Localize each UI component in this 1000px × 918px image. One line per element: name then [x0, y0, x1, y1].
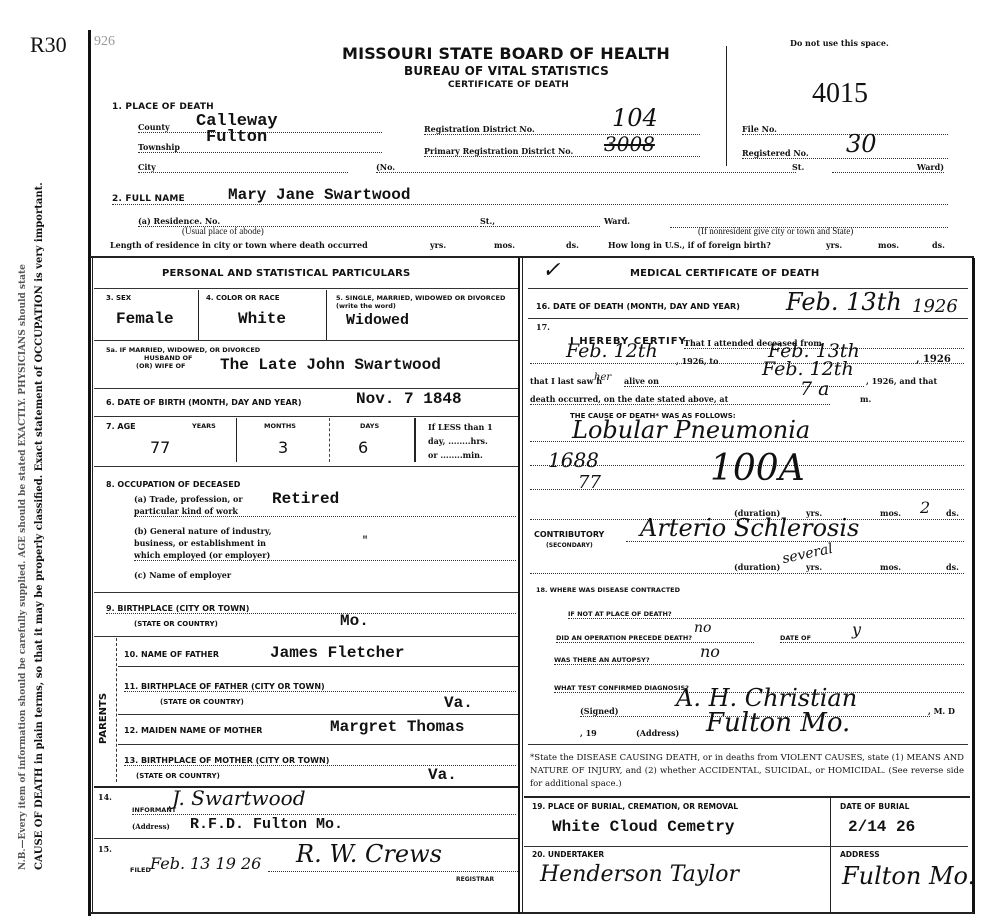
date-of-death-year[interactable]: 1926	[912, 296, 958, 317]
undertaker-address-value[interactable]: Fulton Mo.	[842, 862, 975, 890]
place-of-death-label: 1. PLACE OF DEATH	[112, 102, 214, 112]
cause-note-3: 77	[578, 472, 601, 493]
father-name-value[interactable]: James Fletcher	[270, 644, 404, 662]
duration-days-value[interactable]: 2	[920, 498, 930, 517]
burial-place-label: 19. PLACE OF BURIAL, CREMATION, OR REMOV…	[532, 802, 738, 811]
page-title: MISSOURI STATE BOARD OF HEALTH	[342, 44, 670, 63]
duration-mos: mos.	[880, 508, 901, 518]
less-than-one-min: or ........min.	[428, 450, 483, 460]
contrib-duration-ds: ds.	[946, 562, 959, 572]
row-divider	[118, 666, 518, 667]
contrib-duration-label: (duration)	[734, 562, 780, 572]
registration-district-label: Registration District No.	[424, 124, 700, 135]
row-divider	[94, 786, 518, 788]
sex-value[interactable]: Female	[116, 310, 174, 328]
informant-address-label: (Address)	[132, 822, 170, 831]
row-divider	[118, 744, 518, 745]
registered-no-label: Registered No.	[742, 148, 948, 159]
usual-place-note: (Usual place of abode)	[182, 226, 264, 236]
parents-side-label: PARENTS	[98, 693, 109, 744]
cell-divider	[830, 798, 831, 912]
informant-address-value[interactable]: R.F.D. Fulton Mo.	[190, 816, 343, 833]
row-divider	[528, 288, 968, 289]
race-label: 4. COLOR OR RACE	[206, 294, 280, 302]
date-of-birth-label: 6. DATE OF BIRTH (MONTH, DAY AND YEAR)	[106, 398, 301, 407]
header-divider	[726, 46, 727, 166]
attended-from-year: , 1926, to	[676, 356, 718, 366]
row-divider	[528, 318, 968, 319]
death-time-value[interactable]: 7 a	[800, 378, 829, 400]
contributory-label: CONTRIBUTORY	[534, 530, 604, 539]
right-border	[972, 258, 975, 914]
check-mark-icon: ✓	[542, 258, 560, 283]
operation-date-label: DATE OF	[780, 634, 964, 643]
last-saw-label: that I last saw h	[530, 376, 602, 386]
burial-date-value[interactable]: 2/14 26	[848, 818, 915, 836]
nineteen-label: , 19	[580, 728, 597, 738]
spouse-value[interactable]: The Late John Swartwood	[220, 356, 441, 374]
length-of-residence-label: Length of residence in city or town wher…	[110, 240, 368, 250]
contributory-value[interactable]: Arterio Schlerosis	[640, 514, 859, 542]
row-divider	[94, 340, 518, 341]
cause-footnote: *State the DISEASE CAUSING DEATH, or in …	[530, 752, 964, 791]
contributory-line	[626, 540, 964, 542]
physician-address-value[interactable]: Fulton Mo.	[706, 708, 850, 738]
foreign-yrs: yrs.	[826, 240, 842, 250]
cause-note-2: 100A	[710, 448, 805, 489]
attended-from-date[interactable]: Feb. 12th	[566, 340, 658, 362]
registered-no-value[interactable]: 30	[846, 130, 877, 158]
undertaker-address-label: ADDRESS	[840, 850, 880, 859]
nonresident-note: (If nonresident give city or town and St…	[698, 226, 853, 236]
row-divider	[118, 714, 518, 715]
sex-label: 3. SEX	[106, 294, 131, 302]
informant-signature[interactable]: J. Swartwood	[172, 786, 306, 810]
industry-value[interactable]: "	[362, 536, 368, 547]
row-divider	[94, 466, 518, 467]
center-divider	[518, 258, 520, 914]
certificate-number: 4015	[812, 78, 868, 110]
side-note-instructions: CAUSE OF DEATH in plain terms, so that i…	[34, 182, 45, 870]
date-of-death-value[interactable]: Feb. 13th	[786, 288, 902, 316]
filed-number: 15.	[98, 844, 112, 854]
left-inner-border	[92, 258, 93, 914]
cell-divider	[236, 418, 237, 462]
birthplace-label: 9. BIRTHPLACE (CITY OR TOWN)	[106, 604, 516, 614]
occupation-b-line3: which employed (or employer)	[134, 550, 516, 561]
informant-number: 14.	[98, 792, 112, 802]
bottom-table-border	[90, 912, 974, 914]
row-divider	[528, 744, 968, 745]
full-name-value[interactable]: Mary Jane Swartwood	[228, 186, 410, 204]
cause-of-death-value[interactable]: Lobular Pneumonia	[572, 416, 810, 444]
last-saw-date[interactable]: Feb. 12th	[762, 358, 854, 380]
row-divider	[94, 288, 518, 289]
parents-divider	[116, 638, 117, 782]
mother-state-label: (STATE OR COUNTRY)	[136, 772, 220, 780]
father-name-label: 10. NAME OF FATHER	[124, 650, 219, 659]
age-months-label: MONTHS	[264, 422, 296, 430]
row-divider	[524, 846, 968, 847]
age-years-label: YEARS	[192, 422, 216, 430]
residence-mos: mos.	[494, 240, 515, 250]
cause-note-1: 1688	[548, 448, 599, 472]
bureau-subtitle: BUREAU OF VITAL STATISTICS	[404, 64, 609, 78]
occupation-a-line1: (a) Trade, profession, or	[134, 494, 243, 504]
cell-divider	[198, 290, 199, 340]
primary-registration-label: Primary Registration District No.	[424, 146, 700, 157]
row-divider	[94, 838, 518, 839]
foreign-mos: mos.	[878, 240, 899, 250]
cell-divider	[414, 418, 416, 462]
mother-birthplace-label: 13. BIRTHPLACE OF MOTHER (CITY OR TOWN)	[124, 756, 516, 766]
mother-birthplace-value[interactable]: Va.	[428, 766, 457, 784]
operation-label: DID AN OPERATION PRECEDE DEATH?	[556, 634, 754, 643]
occupation-label: 8. OCCUPATION OF DECEASED	[106, 480, 240, 489]
autopsy-value[interactable]: no	[700, 642, 720, 661]
physician-address-label: (Address)	[636, 728, 679, 738]
ward-label: Ward)	[832, 162, 944, 173]
operation-value[interactable]: no	[694, 620, 711, 636]
file-reference-stamp: R30	[30, 32, 67, 58]
primary-registration-value[interactable]: 3008	[604, 132, 655, 156]
do-not-use-note: Do not use this space.	[790, 38, 889, 48]
foreign-ds: ds.	[932, 240, 945, 250]
personal-section-title: PERSONAL AND STATISTICAL PARTICULARS	[162, 268, 410, 279]
undertaker-signature[interactable]: Henderson Taylor	[540, 862, 739, 887]
marital-status-value[interactable]: Widowed	[346, 312, 409, 329]
foreign-birth-label: How long in U.S., if of foreign birth?	[608, 240, 771, 250]
age-years-value[interactable]: 77	[150, 438, 170, 457]
item-17-number: 17.	[536, 322, 550, 332]
residence-yrs: yrs.	[430, 240, 446, 250]
death-time-label: death occurred, on the date stated above…	[530, 394, 830, 405]
cell-divider	[326, 290, 327, 340]
spouse-label-line3: (OR) WIFE OF	[136, 362, 185, 370]
street-label: St.	[792, 162, 804, 172]
age-days-label: DAYS	[360, 422, 379, 430]
row-divider	[94, 592, 518, 593]
birthplace-state-label: (STATE OR COUNTRY)	[134, 620, 218, 628]
contrib-duration-yrs: yrs.	[806, 562, 822, 572]
street-no-label: (No.	[376, 162, 796, 173]
center-divider-2	[522, 258, 523, 914]
birthplace-value[interactable]: Mo.	[340, 612, 369, 630]
file-no-label: File No.	[742, 124, 948, 135]
employer-label: (c) Name of employer	[134, 570, 231, 580]
row-divider	[94, 416, 518, 417]
secondary-label: (SECONDARY)	[546, 542, 593, 549]
row-divider	[524, 796, 970, 798]
date-of-birth-value[interactable]: Nov. 7 1848	[356, 390, 462, 408]
less-than-one-hrs: day, ........hrs.	[428, 436, 488, 446]
burial-place-value[interactable]: White Cloud Cemetry	[552, 818, 734, 836]
left-border	[88, 30, 91, 916]
burial-date-label: DATE OF BURIAL	[840, 802, 909, 811]
md-label: , M. D	[928, 706, 955, 716]
document-type: CERTIFICATE OF DEATH	[448, 80, 569, 90]
filed-label: FILED	[130, 866, 151, 874]
mother-name-value[interactable]: Margret Thomas	[330, 718, 464, 736]
last-saw-pronoun[interactable]: her	[594, 372, 611, 383]
death-time-m: m.	[860, 394, 871, 404]
duration-ds: ds.	[946, 508, 959, 518]
top-table-border	[90, 256, 974, 258]
operation-date-value[interactable]: y	[852, 620, 861, 639]
spouse-label-line1: 5a. IF MARRIED, WIDOWED, OR DIVORCED	[106, 346, 260, 354]
cell-divider	[329, 418, 330, 462]
father-birthplace-label: 11. BIRTHPLACE OF FATHER (CITY OR TOWN)	[124, 682, 516, 692]
registrar-signature[interactable]: R. W. Crews	[296, 840, 442, 868]
age-label: 7. AGE	[106, 422, 136, 431]
race-value[interactable]: White	[238, 310, 286, 328]
age-days-value[interactable]: 6	[358, 438, 368, 457]
contrib-duration-mos: mos.	[880, 562, 901, 572]
mother-name-label: 12. MAIDEN NAME OF MOTHER	[124, 726, 262, 735]
registration-district-value[interactable]: 104	[612, 104, 658, 132]
city-label: City	[138, 162, 348, 173]
township-value[interactable]: Fulton	[206, 128, 267, 147]
spouse-label-line2: HUSBAND OF	[144, 354, 192, 362]
residence-ds: ds.	[566, 240, 579, 250]
disease-contracted-label: 18. WHERE WAS DISEASE CONTRACTED	[536, 586, 680, 594]
occupation-value[interactable]: Retired	[272, 490, 339, 508]
less-than-one-label: If LESS than 1	[428, 422, 493, 432]
residence-ward-label: Ward.	[604, 216, 630, 226]
residence-street-label: St.,	[480, 216, 600, 227]
attended-to-year: , 1926	[916, 354, 951, 365]
occupation-b-line1: (b) General nature of industry,	[134, 526, 272, 536]
occupation-b-line2: business, or establishment in	[134, 538, 266, 548]
row-divider	[94, 636, 518, 637]
medical-section-title: MEDICAL CERTIFICATE OF DEATH	[630, 268, 819, 279]
date-of-death-label: 16. DATE OF DEATH (MONTH, DAY AND YEAR)	[536, 302, 740, 311]
filed-date[interactable]: Feb. 13 19 26	[150, 854, 261, 873]
age-months-value[interactable]: 3	[278, 438, 288, 457]
autopsy-label: WAS THERE AN AUTOPSY?	[554, 656, 964, 665]
registrar-label: REGISTRAR	[456, 876, 494, 883]
contrib-duration-line	[530, 572, 964, 574]
marital-status-label: 5. SINGLE, MARRIED, WIDOWED OR DIVORCED …	[336, 294, 516, 310]
father-birthplace-value[interactable]: Va.	[444, 694, 473, 712]
registrar-line	[268, 870, 518, 872]
if-not-at-place-label: IF NOT AT PLACE OF DEATH?	[568, 610, 964, 619]
father-state-label: (STATE OR COUNTRY)	[160, 698, 244, 706]
last-saw-year: , 1926, and that	[866, 376, 937, 386]
side-note-instructions-top: N.B.—Every item of information should be…	[18, 264, 28, 870]
file-reference-faded: 926	[94, 34, 115, 50]
undertaker-label: 20. UNDERTAKER	[532, 850, 604, 859]
row-divider	[94, 388, 518, 389]
